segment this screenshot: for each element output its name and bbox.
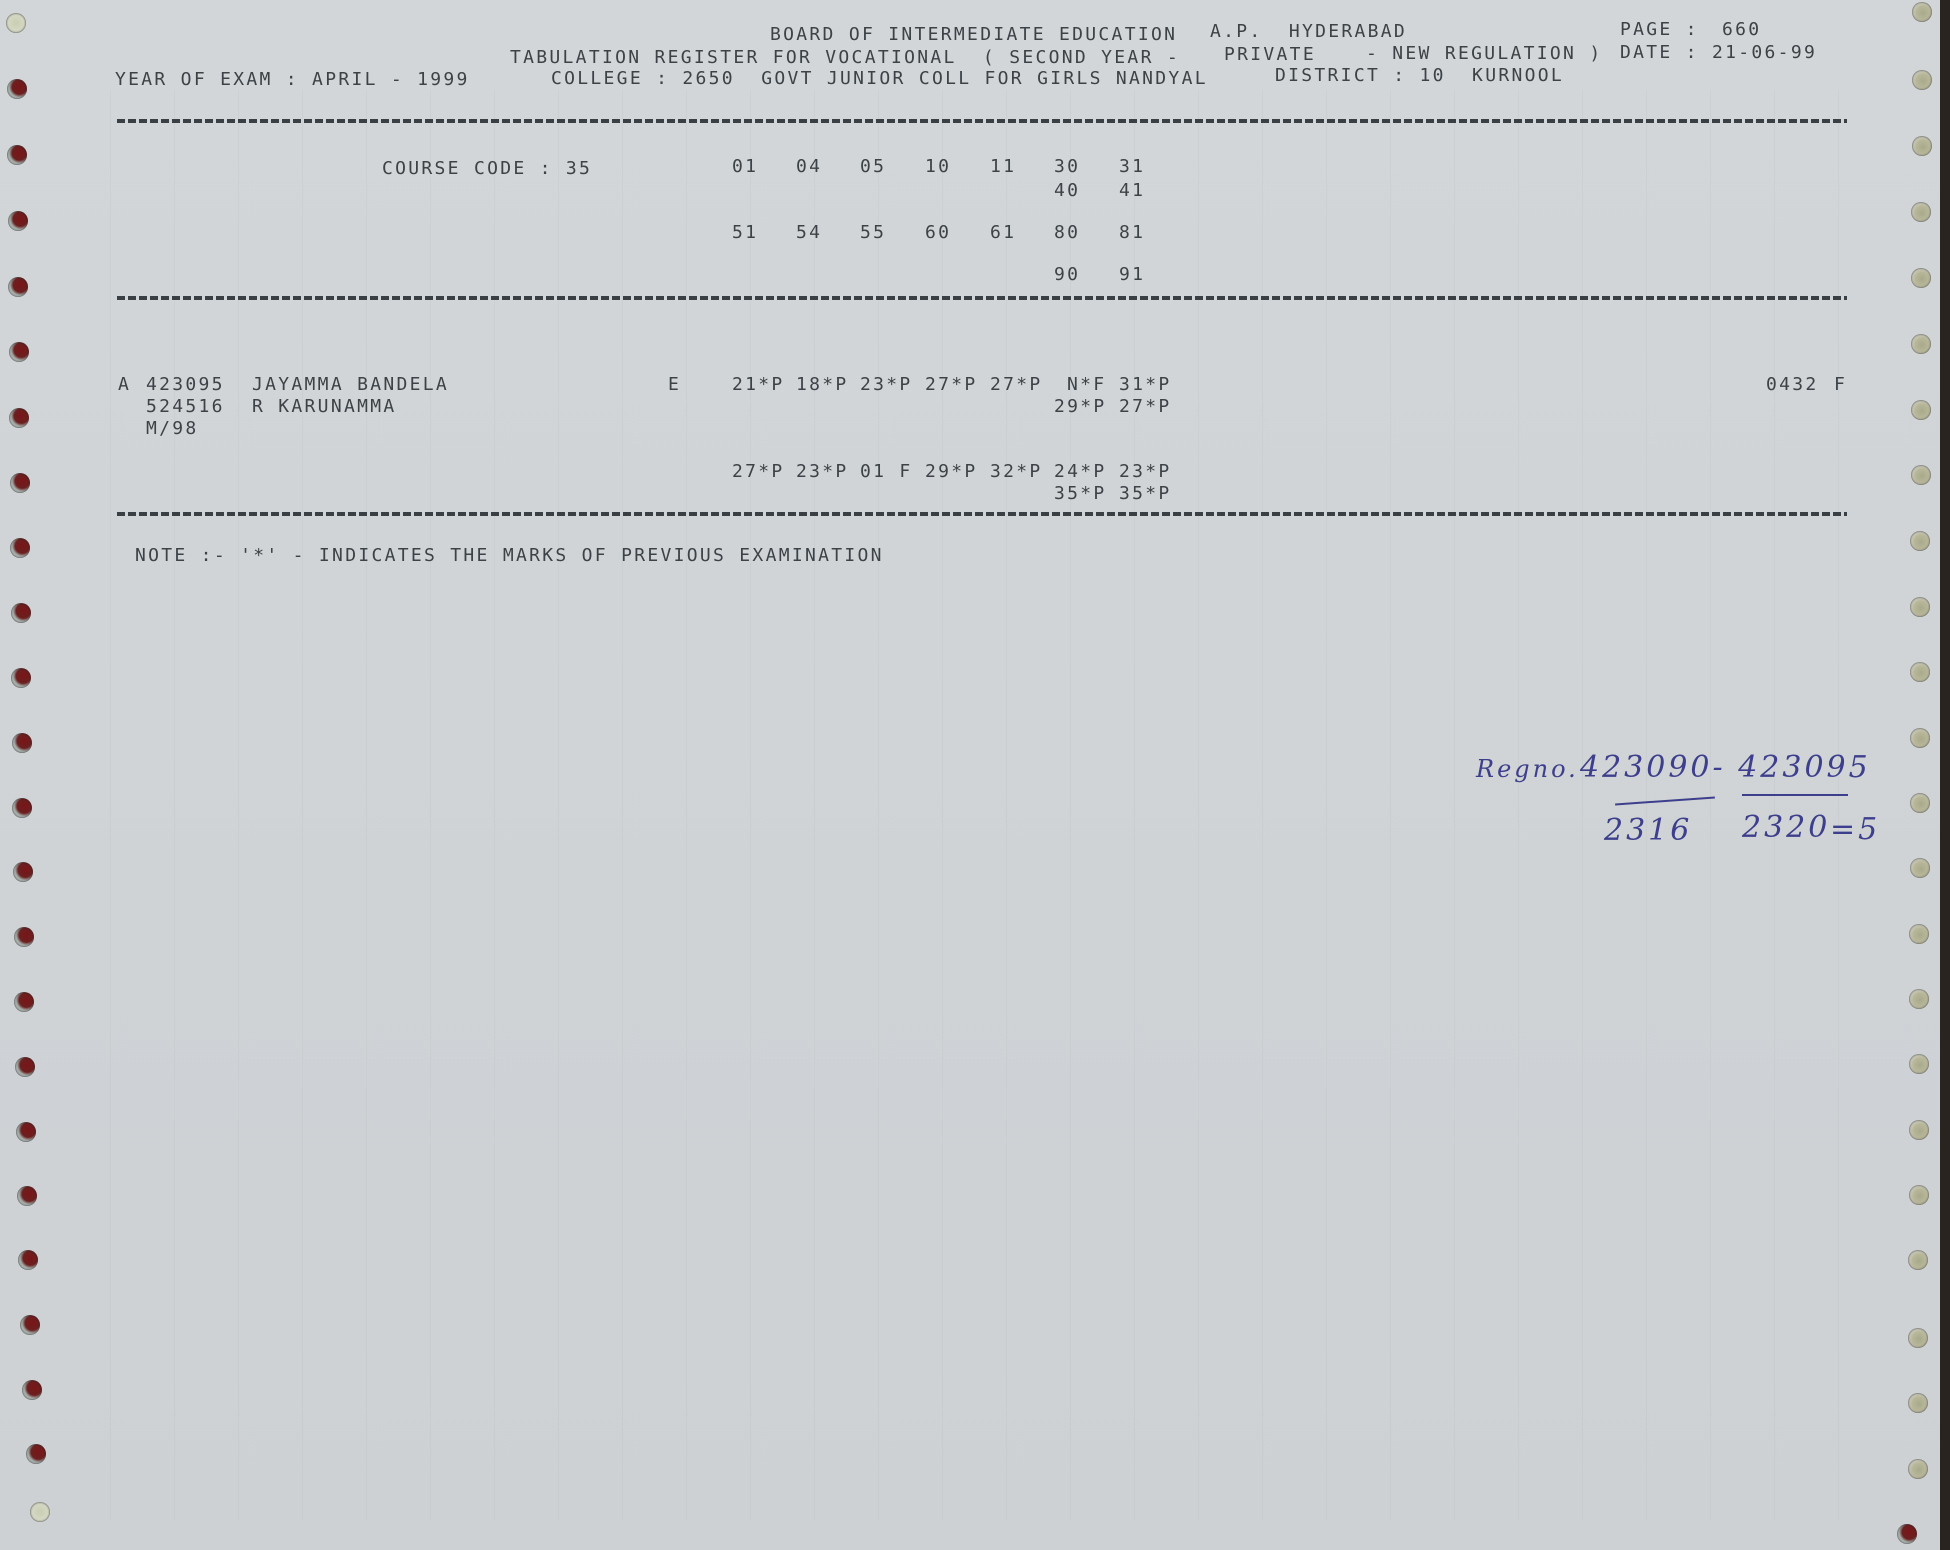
parent-name: R KARUNAMMA bbox=[252, 396, 397, 418]
handwritten-range: 423090- 423095 bbox=[1580, 750, 1871, 785]
college-info: COLLEGE : 2650 GOVT JUNIOR COLL FOR GIRL… bbox=[551, 68, 1208, 90]
report-date: 21-06-99 bbox=[1712, 42, 1817, 64]
separator-line bbox=[117, 119, 1847, 123]
result-status: F bbox=[1834, 374, 1847, 396]
footnote: NOTE :- '*' - INDICATES THE MARKS OF PRE… bbox=[135, 545, 884, 567]
subject-code: 90 bbox=[1054, 264, 1080, 286]
mark-cell: 31*P bbox=[1119, 374, 1172, 396]
subject-code: 11 bbox=[990, 156, 1016, 178]
mark-cell: N*F bbox=[1067, 374, 1106, 396]
handwritten-right-value: 2320 bbox=[1742, 810, 1830, 845]
mark-cell: 29*P bbox=[1054, 396, 1107, 418]
regulation: - NEW REGULATION ) bbox=[1366, 43, 1602, 65]
mark-cell: 01 F bbox=[860, 461, 913, 483]
candidate-category: A bbox=[118, 374, 131, 396]
mark-cell: 27*P bbox=[1119, 396, 1172, 418]
district-info: DISTRICT : 10 KURNOOL bbox=[1275, 65, 1564, 87]
hall-ticket-number: 423095 bbox=[146, 374, 225, 396]
board-location: A.P. HYDERABAD bbox=[1210, 21, 1407, 43]
subject-code: 60 bbox=[925, 222, 951, 244]
handwritten-left-value: 2316 bbox=[1604, 813, 1692, 848]
separator-line bbox=[117, 296, 1847, 300]
candidate-name: JAYAMMA BANDELA bbox=[252, 374, 449, 396]
exam-session: M/98 bbox=[146, 418, 199, 440]
subject-code: 04 bbox=[796, 156, 822, 178]
mark-cell: 29*P bbox=[925, 461, 978, 483]
register-title: TABULATION REGISTER FOR VOCATIONAL ( SEC… bbox=[510, 47, 1180, 69]
mark-cell: 23*P bbox=[796, 461, 849, 483]
subject-code: 91 bbox=[1119, 264, 1145, 286]
subject-code: 30 bbox=[1054, 156, 1080, 178]
mark-cell: 35*P bbox=[1054, 483, 1107, 505]
mark-cell: 27*P bbox=[990, 374, 1043, 396]
fraction-line bbox=[1742, 794, 1848, 796]
subject-code: 55 bbox=[860, 222, 886, 244]
subject-code: 05 bbox=[860, 156, 886, 178]
mark-cell: 21*P bbox=[732, 374, 785, 396]
subject-code: 31 bbox=[1119, 156, 1145, 178]
medium: E bbox=[668, 374, 681, 396]
page-number: 660 bbox=[1722, 19, 1761, 41]
bleed-through-grid bbox=[110, 90, 1890, 1520]
subject-code: 41 bbox=[1119, 180, 1145, 202]
subject-code: 51 bbox=[732, 222, 758, 244]
board-title: BOARD OF INTERMEDIATE EDUCATION bbox=[770, 24, 1177, 46]
mark-cell: 27*P bbox=[925, 374, 978, 396]
mark-cell: 23*P bbox=[860, 374, 913, 396]
subject-code: 10 bbox=[925, 156, 951, 178]
mark-cell: 18*P bbox=[796, 374, 849, 396]
tabulation-register-sheet: BOARD OF INTERMEDIATE EDUCATION A.P. HYD… bbox=[0, 0, 1950, 1550]
subject-code: 01 bbox=[732, 156, 758, 178]
handwritten-suffix: =5 bbox=[1830, 812, 1880, 847]
total-marks: 0432 bbox=[1766, 374, 1819, 396]
subject-code: 40 bbox=[1054, 180, 1080, 202]
mark-cell: 23*P bbox=[1119, 461, 1172, 483]
page-label: PAGE : bbox=[1620, 19, 1699, 41]
registration-number: 524516 bbox=[146, 396, 225, 418]
candidate-type: PRIVATE bbox=[1224, 44, 1316, 66]
subject-code: 81 bbox=[1119, 222, 1145, 244]
paper-edge bbox=[1940, 0, 1950, 1550]
mark-cell: 27*P bbox=[732, 461, 785, 483]
handwritten-prefix: Regno. bbox=[1476, 755, 1579, 783]
date-label: DATE : bbox=[1620, 42, 1699, 64]
course-code-label: COURSE CODE : 35 bbox=[382, 158, 592, 180]
subject-code: 54 bbox=[796, 222, 822, 244]
year-of-exam: YEAR OF EXAM : APRIL - 1999 bbox=[115, 69, 470, 91]
subject-code: 61 bbox=[990, 222, 1016, 244]
separator-line bbox=[117, 512, 1847, 516]
mark-cell: 24*P bbox=[1054, 461, 1107, 483]
mark-cell: 35*P bbox=[1119, 483, 1172, 505]
mark-cell: 32*P bbox=[990, 461, 1043, 483]
subject-code: 80 bbox=[1054, 222, 1080, 244]
